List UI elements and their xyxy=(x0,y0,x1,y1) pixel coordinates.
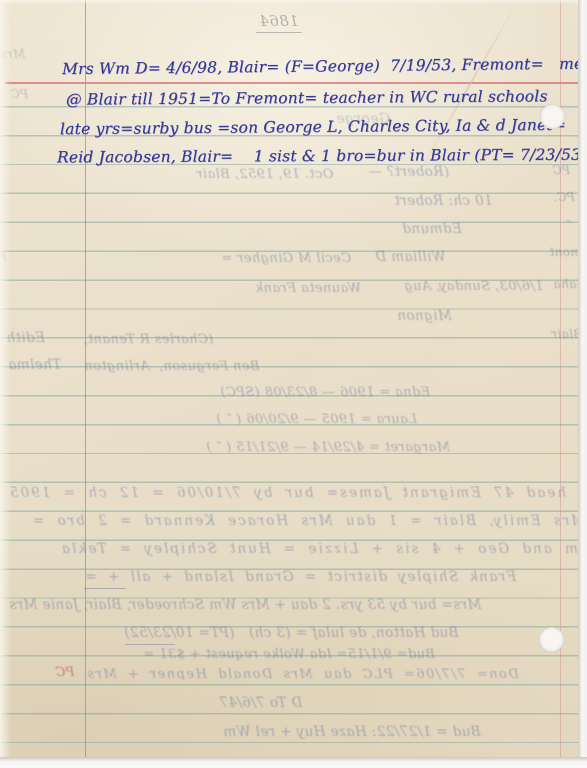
bleedthrough-underline xyxy=(125,644,175,645)
bleedthrough-fragment: Don= 7/7/06= PLC dau Mrs Donald Hepner +… xyxy=(86,668,519,682)
bleedthrough-underline xyxy=(84,588,126,589)
bleedthrough-fragment: Mrs Geo and Mrs Emily, Blair = 1 dau Mrs… xyxy=(31,514,587,529)
bleedthrough-fragment: ″ xyxy=(566,219,571,232)
bleedthrough-fragment: Edna = 1906 — 8/23/08 (SPC) xyxy=(220,386,430,400)
bleedthrough-fragment: Frank Shipley district = Grand Island + … xyxy=(84,570,516,585)
top-margin-red-line xyxy=(5,82,579,84)
bleedthrough-fragment: PC xyxy=(10,88,28,101)
left-margin-red-line xyxy=(85,0,86,758)
bleedthrough-fragment: Mrs= bur by 53 yrs. 2 dau + Mrs Wm Schro… xyxy=(9,598,481,613)
bleedthrough-fragment: PC. xyxy=(553,191,575,204)
punch-hole-top xyxy=(540,104,565,129)
bleedthrough-fragment: D To 7/6/47 xyxy=(219,696,302,711)
handwritten-line-2: @ Blair till 1951=To Fremont= teacher in… xyxy=(66,87,548,108)
bleedthrough-fragment: Ben Ferguson, Arlington xyxy=(84,360,260,374)
bleedthrough-fragment: (Charles R Tenant, xyxy=(83,333,213,347)
bleedthrough-fragment: Mignon xyxy=(397,309,452,324)
bleedthrough-fragment: Edith xyxy=(6,331,45,346)
bleedthrough-fragment: Wauneta Frank xyxy=(255,282,361,296)
bleedthrough-fragment: John, William and Geo + 4 sis + Lizzie =… xyxy=(60,542,587,557)
bleedthrough-fragment: Bud = 1/27/22: Haze Huy + rel Wm xyxy=(223,725,481,740)
bleedthrough-fragment: Cecil M Gingher = xyxy=(221,252,351,266)
scan-edge-right xyxy=(578,0,587,768)
scan-edge-top xyxy=(0,0,587,4)
punch-hole-bottom xyxy=(539,627,564,652)
scan-edge-left xyxy=(0,0,11,768)
bleedthrough-fragment: Wm Geo, head 47 Emigrant James= bur by 7… xyxy=(8,486,587,501)
bleedthrough-fragment: Bud= 9/1/15= Ida Wolke request + $31 = xyxy=(143,648,435,662)
bleedthrough-fragment: (Robert? — xyxy=(368,165,449,180)
bleedthrough-fragment: Edmund xyxy=(402,222,462,237)
bleedthrough-fragment: Margaret = 4/29/14 — 9/21/15 ( ″ ) xyxy=(206,441,450,455)
bleedthrough-fragment: 10 ch: Robert xyxy=(394,194,493,209)
bleedthrough-fragment: William D xyxy=(375,250,445,265)
bleedthrough-fragment: PC xyxy=(552,164,570,177)
bleedthrough-fragment: Laura = 1905 — 9/20/06 ( ″ ) xyxy=(216,413,417,427)
bleedthrough-fragment: Thelma xyxy=(8,358,61,373)
bleedthrough-red-fragment: PC xyxy=(55,666,75,680)
bleedthrough-fragment: 1/6/03, Sunday, Aug xyxy=(404,280,543,294)
bleedthrough-fragment: Bud Hatton, de lulaf = (3 ch) (PT= 10/23… xyxy=(124,626,459,641)
scan-edge-bottom xyxy=(0,757,587,768)
bleedthrough-fragment: Oct. 19, 1952, Blair xyxy=(196,168,333,182)
scanned-notebook-page: 1864 Mrs PC George (Robert? — Oct. 19, 1… xyxy=(0,0,587,768)
handwritten-line-4: Reid Jacobsen, Blair= 1 sist & 1 bro=bur… xyxy=(57,146,587,167)
bleedthrough-page-number: 1864 xyxy=(256,13,302,33)
